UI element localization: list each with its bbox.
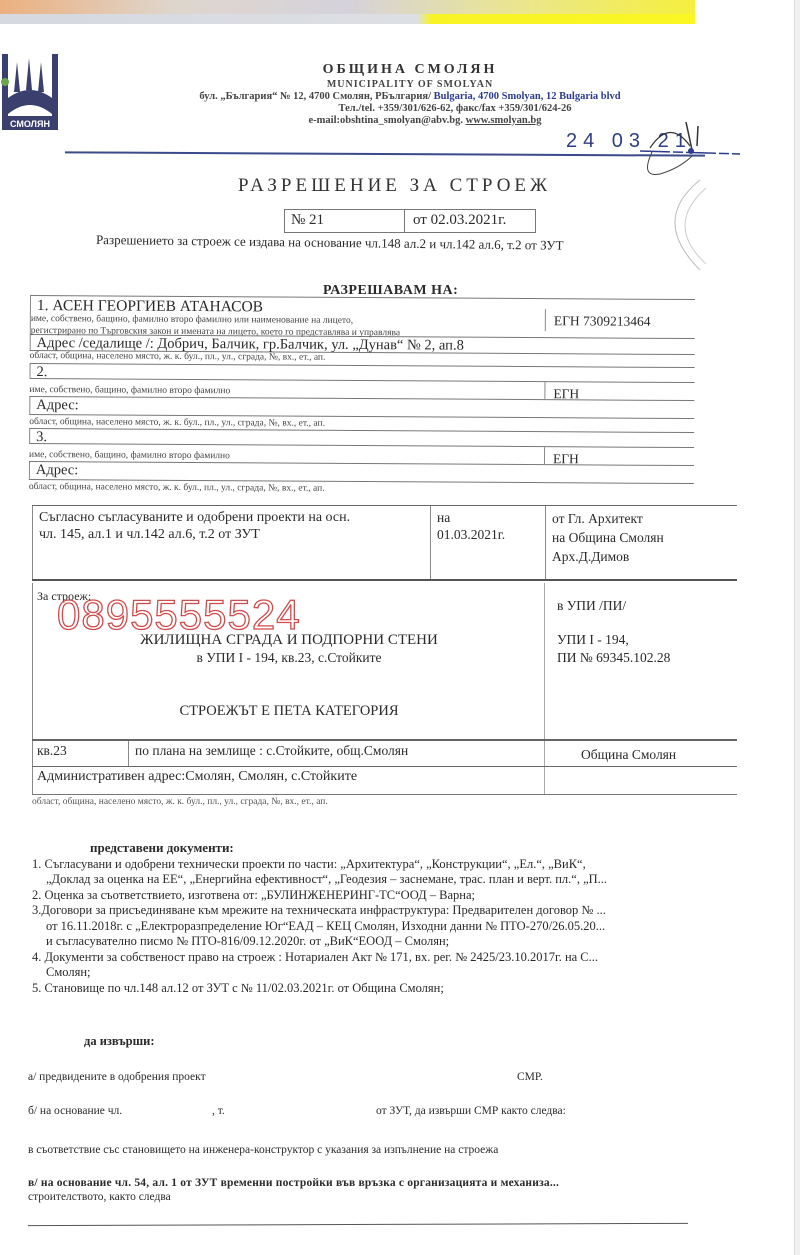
- seal-stamp-icon: [640, 170, 720, 280]
- org-name: ОБЩИНА СМОЛЯН: [150, 62, 670, 78]
- perform-a-end: СМР.: [517, 1071, 543, 1083]
- approved-by: от Гл. Архитект на Община Смолян Арх.Д.Д…: [545, 506, 737, 579]
- perform-d-2: строителството, както следва: [28, 1191, 171, 1203]
- document-item: 2. Оценка за съответствието, изготвена о…: [32, 888, 762, 904]
- applicant-3-name-caption: име, собствено, бащино, фамилно второ фа…: [29, 450, 230, 462]
- document-title: РАЗРЕШЕНИЕ ЗА СТРОЕЖ: [238, 175, 551, 197]
- applicants-form: 1. АСЕН ГЕОРГИЕВ АТАНАСОВ име, собствено…: [29, 295, 695, 497]
- applicant-3-address: Адрес:: [30, 462, 694, 483]
- page-edge: [794, 0, 800, 1255]
- applicant-1-egn: ЕГН 7309213464: [545, 309, 695, 332]
- document-item: 5. Становище по чл.148 ал.12 от ЗУТ с № …: [32, 981, 762, 997]
- permit-number-box: № 21 от 02.03.2021г.: [284, 209, 536, 233]
- applicant-2-address: Адрес:: [30, 397, 694, 418]
- submitted-documents: представени документи: 1. Съгласувани и …: [32, 840, 762, 996]
- plan-row: кв.23 по плана на землище : с.Стойките, …: [32, 741, 737, 767]
- document-item: от 16.11.2018г. с „Електроразпределение …: [32, 919, 762, 935]
- permit-date: от 02.03.2021г.: [405, 210, 535, 232]
- admin-address: Административен адрес:Смолян, Смолян, с.…: [32, 767, 544, 794]
- document-item: 4. Документи за собственост право на стр…: [32, 950, 762, 966]
- legal-basis: Разрешението за строеж се издава на осно…: [96, 232, 564, 254]
- website-link[interactable]: www.smolyan.bg: [466, 115, 542, 126]
- perform-heading: да извърши:: [84, 1034, 155, 1049]
- perform-a: а/ предвидените в одобрения проект: [28, 1071, 206, 1083]
- org-email: e-mail:obshtina_smolyan@abv.bg. www.smol…: [150, 115, 670, 126]
- org-address: бул. „България“ № 12, 4700 Смолян, РБълг…: [150, 91, 670, 102]
- smolyan-coat-of-arms-icon: СМОЛЯН: [0, 52, 60, 132]
- approval-date: на 01.03.2021г.: [430, 506, 545, 579]
- perform-b-end: от ЗУТ, да извърши СМР както следва:: [376, 1105, 566, 1117]
- permit-number: № 21: [285, 210, 405, 232]
- applicant-3-egn: ЕГН: [544, 447, 694, 465]
- scan-artifact-strip: [0, 0, 695, 24]
- admin-address-caption: област, община, населено място, ж. к. бу…: [32, 797, 328, 807]
- document-item: „Доклад за оценка на ЕЕ“, „Енергийна ефе…: [32, 872, 762, 888]
- perform-b-mid: , т.: [212, 1105, 225, 1117]
- construction-name: ЖИЛИЩНА СГРАДА И ПОДПОРНИ СТЕНИ в УПИ I …: [33, 631, 545, 667]
- approval-block: Съгласно съгласуваните и одобрени проект…: [32, 505, 737, 581]
- construction-block: За строеж: 0895555524 ЖИЛИЩНА СГРАДА И П…: [32, 583, 737, 741]
- document-item: 1. Съгласувани и одобрени технически про…: [32, 857, 762, 873]
- bottom-divider: [28, 1223, 688, 1226]
- applicant-1-name-caption-2: регистрирано по Търговския закон и имена…: [31, 326, 400, 339]
- applicant-2-egn: ЕГН: [544, 382, 694, 400]
- perform-c: в съответствие със становището на инжене…: [28, 1144, 498, 1156]
- applicant-2-name-caption: име, собствено, бащино, фамилно второ фа…: [29, 385, 230, 397]
- document-item: и съгласувателно писмо № ПТО-816/09.12.2…: [32, 934, 762, 950]
- block-number: кв.23: [32, 741, 128, 766]
- perform-d: в/ на основание чл. 54, ал. 1 от ЗУТ вре…: [28, 1177, 559, 1189]
- plan-municipality: Община Смолян: [544, 741, 737, 766]
- perform-b: б/ на основание чл.: [28, 1105, 122, 1117]
- applicant-1-name-caption: име, собствено, бащино, фамилно второ фа…: [31, 314, 353, 327]
- admin-address-row: Административен адрес:Смолян, Смолян, с.…: [32, 767, 737, 795]
- org-name-en: MUNICIPALITY OF SMOLYAN: [150, 79, 670, 90]
- construction-category: СТРОЕЖЪТ Е ПЕТА КАТЕГОРИЯ: [33, 703, 545, 720]
- upi-info: в УПИ /ПИ/ УПИ I - 194, ПИ № 69345.102.2…: [544, 583, 737, 739]
- documents-heading: представени документи:: [32, 840, 762, 856]
- org-phone: Тел./tel. +359/301/626-62, факс/fax +359…: [150, 103, 670, 114]
- plan-text: по плана на землище : с.Стойките, общ.См…: [128, 741, 544, 766]
- document-item: 3.Договори за присъединяване към мрежите…: [32, 903, 762, 919]
- approval-basis: Съгласно съгласуваните и одобрени проект…: [32, 506, 430, 579]
- letterhead: ОБЩИНА СМОЛЯН MUNICIPALITY OF SMOLYAN бу…: [150, 62, 670, 126]
- applicant-1-row: 1. АСЕН ГЕОРГИЕВ АТАНАСОВ име, собствено…: [30, 295, 695, 339]
- svg-text:СМОЛЯН: СМОЛЯН: [10, 119, 50, 129]
- document-item: Смолян;: [32, 965, 762, 981]
